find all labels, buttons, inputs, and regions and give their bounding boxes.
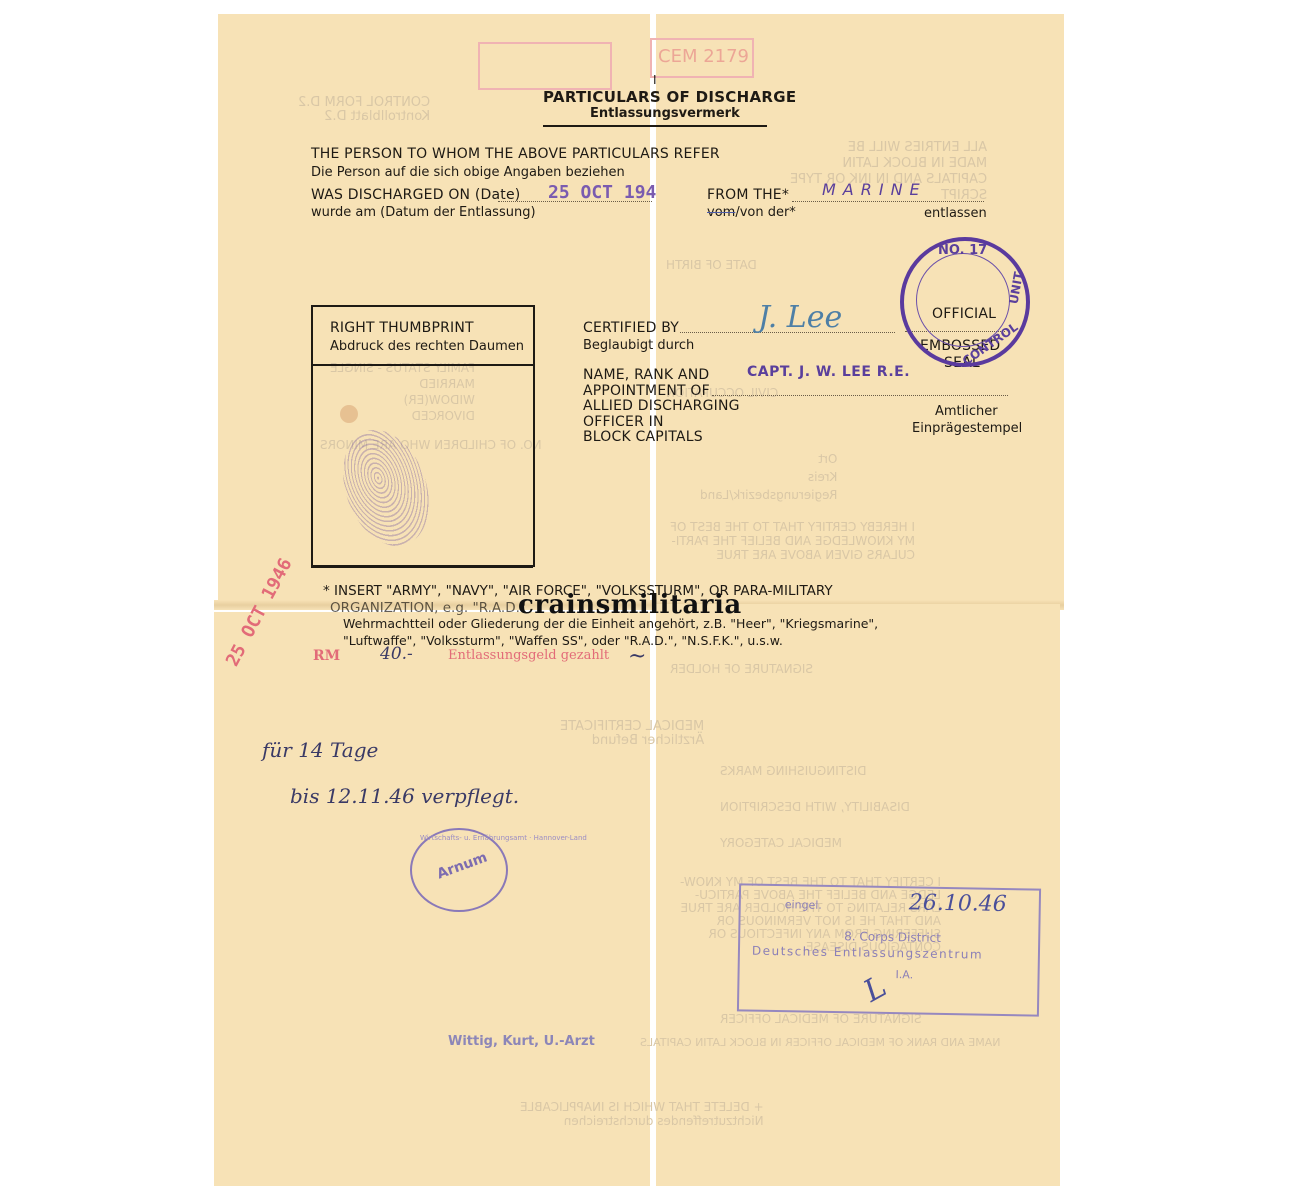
paper-stain [340, 405, 358, 423]
box-stamp-initial: L [858, 969, 892, 1009]
from-value-marine: MARINE [822, 180, 927, 199]
ghost-signature-holder: SIGNATURE OF HOLDER [670, 662, 813, 676]
page-title: PARTICULARS OF DISCHARGE [543, 88, 796, 106]
thumbprint-label-en: RIGHT THUMBPRINT [330, 320, 474, 336]
ghost-signature-medical: SIGNATURE OF MEDICAL OFFICER [720, 1012, 922, 1026]
ghost-delete-note: + DELETE THAT WHICH IS INAPPLICABLE Nich… [520, 1100, 764, 1128]
handwritten-note-2: bis 12.11.46 verpflegt. [290, 784, 519, 808]
doctor-stamp: Wittig, Kurt, U.-Arzt [448, 1034, 595, 1049]
handwritten-note-1: für 14 Tage [262, 738, 378, 762]
officer-signature: J. Lee [758, 300, 842, 335]
discharged-on-label-de: wurde am (Datum der Entlassung) [311, 205, 536, 220]
title-underline [543, 125, 767, 127]
watermark-text: crainsmilitaria [518, 590, 742, 620]
box-stamp-ia: I.A. [895, 968, 913, 981]
person-label-de: Die Person auf die sich obige Angaben be… [311, 165, 625, 180]
box-stamp-corps: 8. Corps District [844, 929, 941, 945]
box-stamp-centre: Deutsches Entlassungszentrum [752, 944, 983, 962]
red-box-number: CEM 2179 [658, 46, 749, 67]
thumbprint-box-bottom [311, 566, 533, 568]
officer-name-stamp: CAPT. J. W. LEE R.E. [747, 364, 910, 380]
seal-label-de-2: Einprägestempel [912, 421, 1022, 436]
page-subtitle: Entlassungsvermerk [590, 106, 740, 121]
from-label-en: FROM THE* [707, 187, 789, 203]
certified-by-label-de: Beglaubigt durch [583, 338, 694, 353]
name-rank-label: NAME, RANK AND APPOINTMENT OF ALLIED DIS… [583, 368, 740, 446]
thumbprint-box-divider [313, 364, 533, 366]
food-office-stamp-center: Arnum [435, 850, 490, 883]
from-field-line [792, 201, 984, 202]
red-box-stamp-number: CEM 2179 [650, 38, 754, 78]
handwritten-amount: 40.- [380, 644, 413, 664]
ghost-control-form: CONTROL FORM D.2 Kontrollblatt D.2 [298, 96, 430, 124]
ghost-medical-certificate: MEDICAL CERTIFICATE Ärztlicher Befund [560, 720, 704, 748]
discharge-date-stamp: 25 OCT 194 [548, 182, 656, 203]
section-number: I [653, 73, 657, 87]
ghost-disability: DISABILITY, WITH DESCRIPTION [720, 800, 910, 814]
box-stamp-date: 26.10.46 [909, 890, 1007, 917]
seal-ring-text-unit: UNIT [1007, 271, 1026, 305]
payment-stamp: Entlassungsgeld gezahlt [448, 648, 609, 663]
rm-label: RM [313, 648, 340, 664]
payment-initials: ~ [628, 644, 646, 669]
seal-number: NO. 17 [938, 243, 987, 258]
name-rank-line [712, 395, 1008, 396]
ghost-birth: DATE OF BIRTH [666, 258, 757, 272]
discharged-on-label-en: WAS DISCHARGED ON (Date) [311, 187, 520, 203]
control-unit-seal: NO. 17 CONTROL UNIT [900, 237, 1030, 367]
red-box-stamp [478, 42, 612, 90]
ghost-certify: I HEREBY CERTIFY THAT TO THE BEST OF MY … [670, 520, 915, 562]
certified-by-label-en: CERTIFIED BY [583, 320, 679, 336]
footnote-line-2: ORGANIZATION, e.g. "R.A.D." [330, 600, 526, 616]
box-stamp-eingel: eingel. [785, 898, 822, 912]
thumbprint-label-de: Abdruck des rechten Daumen [330, 339, 524, 354]
seal-label-de-1: Amtlicher [935, 404, 998, 419]
entlassen-label: entlassen [924, 206, 987, 221]
ghost-distinguishing-marks: DISTINGUISHING MARKS [720, 764, 867, 778]
from-label-de: vom/von der* [707, 205, 796, 220]
ghost-name-rank-medical: NAME AND RANK OF MEDICAL OFFICER IN BLOC… [640, 1036, 1001, 1050]
person-label-en: THE PERSON TO WHOM THE ABOVE PARTICULARS… [311, 146, 720, 162]
food-office-stamp: Arnum Wirtschafts- u. Ernährungsamt · Ha… [410, 828, 508, 912]
food-office-stamp-ring: Wirtschafts- u. Ernährungsamt · Hannover… [420, 834, 587, 842]
ghost-medical-category: MEDICAL CATEGORY [720, 836, 842, 850]
ghost-home-address: Ort Kreis Regierungsbezirk/Land [700, 450, 837, 504]
discharge-centre-stamp: eingel. 26.10.46 8. Corps District Deuts… [737, 883, 1041, 1016]
